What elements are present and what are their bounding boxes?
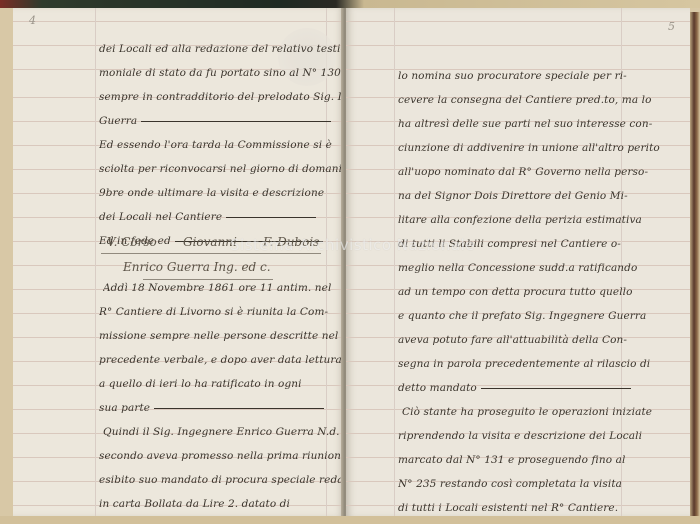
book-bottom-edge [0,516,700,524]
signature-4: Enrico Guerra Ing. ed c. [123,260,271,274]
text-line: di tutti i Locali esistenti nel R° Canti… [398,496,618,516]
text-line: cevere la consegna del Cantiere pred.to,… [398,88,652,112]
right-page: 5 lo nomina suo procuratore speciale per… [346,8,690,516]
text-fragment: dei Locali nel Cantiere [99,211,222,223]
text-fragment: detto mandato [398,382,477,394]
text-line: esibito suo mandato di procura speciale … [99,468,344,492]
text-line: ciunzione di addivenire in unione all'al… [398,136,660,160]
text-line: in carta Bollata da Lire 2. datato di [99,492,290,516]
text-line: R° Cantiere di Livorno si è riunita la C… [99,300,328,324]
line-filler [141,121,331,122]
text-line: secondo aveva promesso nella prima riuni… [99,444,344,468]
text-line: ha altresì delle sue parti nel suo inter… [398,112,652,136]
text-line: all'uopo nominato dal R° Governo nella p… [398,160,648,184]
line-filler [481,388,631,389]
text-line: 9bre onde ultimare la visita e descrizio… [99,181,324,205]
text-line: moniale di stato da fu portato sino al N… [99,61,344,85]
text-line: litare alla confezione della perizia est… [398,208,642,232]
text-line: sempre in contradditorio del prelodato S… [99,85,344,109]
text-line: marcato dal N° 131 e proseguendo fino al [398,448,625,472]
left-margin-line [95,8,96,516]
text-line: meglio nella Concessione sudd.a ratifica… [398,256,637,280]
signature-2: Giovanni [183,235,237,249]
text-line: dei Locali nel Cantiere [99,205,316,229]
text-line: precedente verbale, e dopo aver data let… [99,348,342,372]
text-line: riprendendo la visita e descrizione dei … [398,424,642,448]
text-line: Quindi il Sig. Ingegnere Enrico Guerra N… [103,420,340,444]
text-line: lo nomina suo procuratore speciale per r… [398,64,627,88]
page-number: 4 [29,14,36,27]
text-line: Ed essendo l'ora tarda la Commissione si… [99,133,332,157]
text-line: detto mandato [398,376,631,400]
text-line: Guerra [99,109,331,133]
text-line: e quanto che il prefato Sig. Ingegnere G… [398,304,646,328]
book-binding-top [0,0,700,8]
text-line: sua parte [99,396,324,420]
text-fragment: sua parte [99,402,150,414]
left-page: 4 dei Locali ed alla redazione del relat… [13,8,344,516]
text-line: dei Locali ed alla redazione del relativ… [99,37,344,61]
text-line: Addì 18 Novembre 1861 ore 11 antim. nel [103,276,331,300]
watermark: Sistema Archivistico Nazionale [230,236,475,254]
left-margin-line [394,8,395,516]
text-line: Ciò stante ha proseguito le operazioni i… [402,400,652,424]
text-line: aveva potuto fare all'attuabilità della … [398,328,627,352]
text-line: missione sempre nelle persone descritte … [99,324,338,348]
signature-1: V. Corso [107,235,157,249]
page-number: 5 [668,20,675,33]
text-line: N° 235 restando così completata la visit… [398,472,622,496]
line-filler [154,408,324,409]
page-edges [690,12,700,516]
text-line: segna in parola precedentemente al rilas… [398,352,650,376]
text-line: ad un tempo con detta procura tutto quel… [398,280,633,304]
text-line: a quello di ieri lo ha ratificato in ogn… [99,372,302,396]
text-line: na del Signor Dois Direttore del Genio M… [398,184,628,208]
text-line: sciolta per riconvocarsi nel giorno di d… [99,157,344,181]
line-filler [226,217,316,218]
text-fragment: Guerra [99,115,137,127]
